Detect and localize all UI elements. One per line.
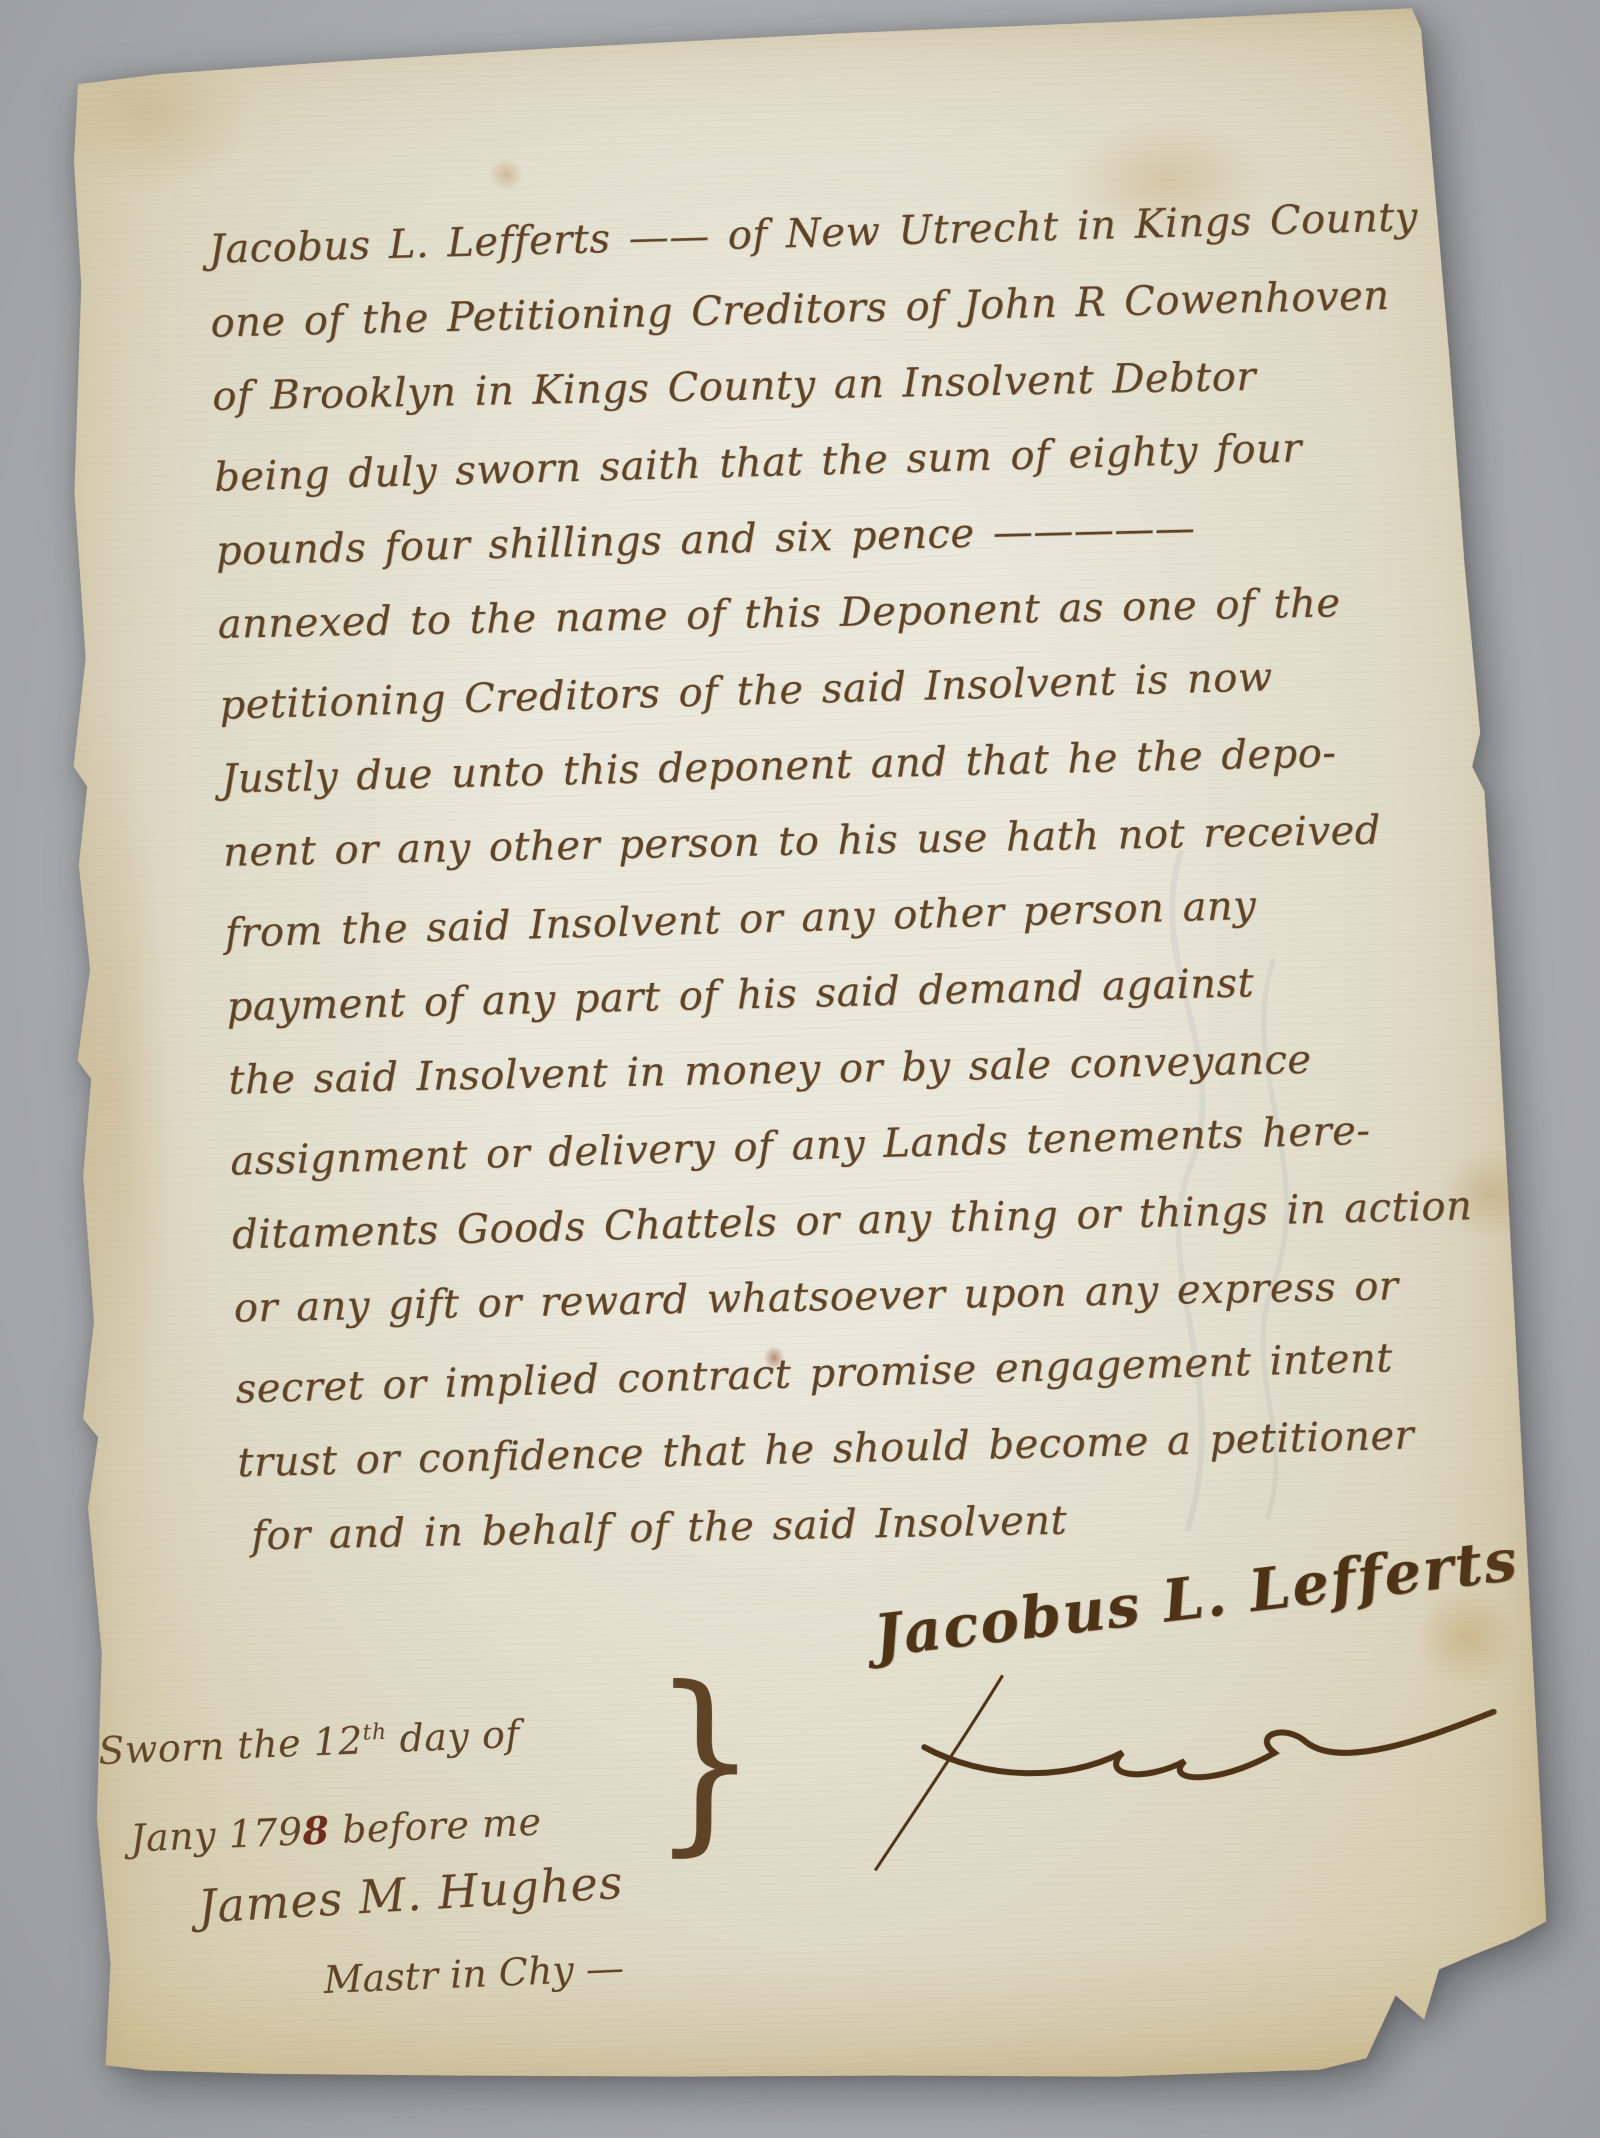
document-page: Jacobus L. Lefferts —— of New Utrecht in… bbox=[42, 3, 1554, 2109]
paper-stain bbox=[483, 152, 530, 197]
attestation-line-1-text: Sworn the 12 bbox=[97, 1718, 363, 1773]
photo-background: Jacobus L. Lefferts —— of New Utrecht in… bbox=[0, 0, 1600, 2138]
attestation-brace: } bbox=[651, 1661, 758, 1859]
paper-sheet-wrap: Jacobus L. Lefferts —— of New Utrecht in… bbox=[42, 3, 1554, 2109]
attestation-date: Jany 179 bbox=[129, 1809, 303, 1860]
deposition-body: Jacobus L. Lefferts —— of New Utrecht in… bbox=[208, 180, 1502, 1577]
signature-flourish bbox=[853, 1655, 1518, 1880]
paper-stain bbox=[87, 1933, 1554, 2109]
corrected-digit: 8 bbox=[302, 1807, 331, 1853]
attestation-line-1-rest: day of bbox=[386, 1712, 521, 1761]
attestation-line-1: Sworn the 12th day of bbox=[96, 1682, 541, 1795]
day-ordinal-superscript: th bbox=[362, 1720, 387, 1746]
paper-stain bbox=[25, 595, 198, 1578]
paper-stain bbox=[21, 12, 286, 218]
attestation-line-2-rest: before me bbox=[329, 1799, 543, 1852]
witness-title: Mastr in Chy — bbox=[323, 1946, 625, 2002]
attestation-block: Sworn the 12th day of Jany 1798 before m… bbox=[97, 1686, 543, 1879]
